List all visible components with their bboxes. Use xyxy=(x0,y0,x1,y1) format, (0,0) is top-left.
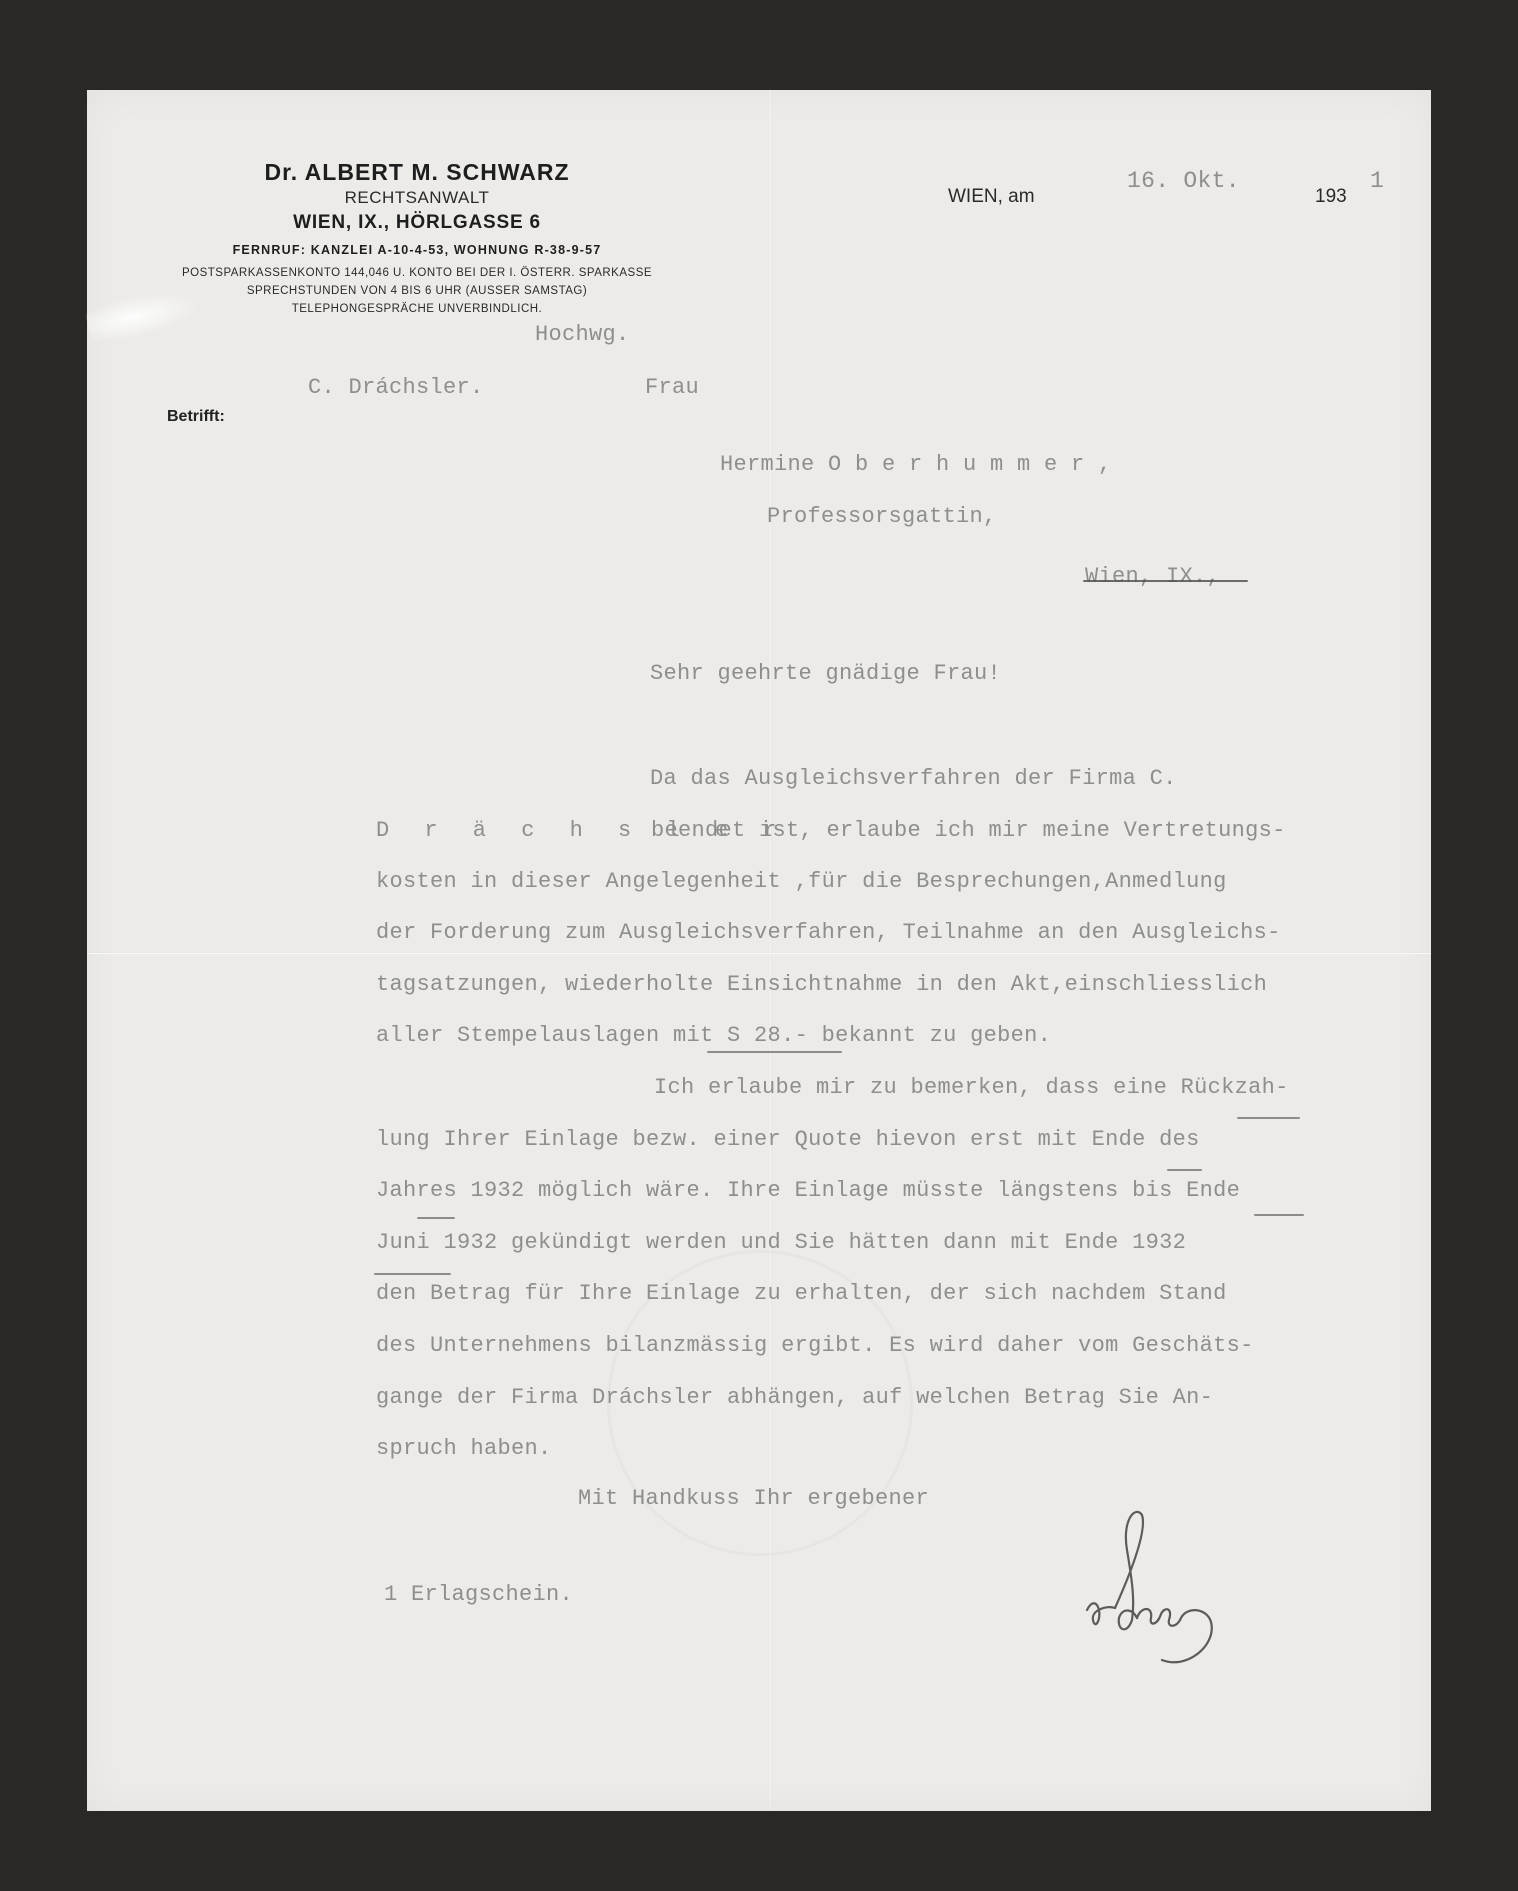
body-line-5: tagsatzungen, wiederholte Einsichtnahme … xyxy=(376,972,1267,997)
underline-ende-1 xyxy=(1167,1169,1202,1171)
dateline-date: 16. Okt. xyxy=(1127,168,1240,194)
underline-ende-2 xyxy=(1254,1214,1304,1216)
body-line-1: Da das Ausgleichsverfahren der Firma C. xyxy=(650,766,1177,791)
dateline-year-prefix: 193 xyxy=(1315,186,1347,208)
recipient-name: Hermine O b e r h u m m e r , xyxy=(720,452,1112,477)
underline-juni-1932 xyxy=(374,1273,451,1275)
recipient-honorific: Hochwg. xyxy=(535,322,630,347)
recipient-role: Professorsgattin, xyxy=(767,504,997,529)
letter-page: Dr. ALBERT M. SCHWARZ RECHTSANWALT WIEN,… xyxy=(87,90,1431,1811)
body-line-13: gange der Firma Dráchsler abhängen, auf … xyxy=(376,1385,1213,1410)
letterhead-address: WIEN, IX., HÖRLGASSE 6 xyxy=(293,212,541,234)
recipient-salutation-title: Frau xyxy=(645,375,699,400)
recipient-city: Wien, IX., xyxy=(1085,564,1220,589)
body-line-3: kosten in dieser Angelegenheit ,für die … xyxy=(376,869,1227,894)
body-line-4: der Forderung zum Ausgleichsverfahren, T… xyxy=(376,920,1281,945)
body-line-11: den Betrag für Ihre Einlage zu erhalten,… xyxy=(376,1281,1227,1306)
letterhead-office-hours: SPRECHSTUNDEN VON 4 BIS 6 UHR (AUSSER SA… xyxy=(247,285,587,297)
letterhead-postal-account: POSTSPARKASSENKONTO 144,046 U. KONTO BEI… xyxy=(182,267,652,279)
body-line-10: Juni 1932 gekündigt werden und Sie hätte… xyxy=(376,1230,1186,1255)
letterhead-phone: FERNRUF: KANZLEI A-10-4-53, WOHNUNG R-38… xyxy=(233,243,602,257)
underline-amount xyxy=(707,1051,842,1053)
dateline-place: WIEN, am xyxy=(948,186,1035,208)
letterhead-telephone-note: TELEPHONGESPRÄCHE UNVERBINDLICH. xyxy=(292,303,543,315)
closing: Mit Handkuss Ihr ergebener xyxy=(578,1486,929,1511)
enclosure-note: 1 Erlagschein. xyxy=(384,1582,573,1607)
subject-value: C. Dráchsler. xyxy=(308,375,484,400)
body-line-14: spruch haben. xyxy=(376,1436,552,1461)
body-line-6: aller Stempelauslagen mit S 28.- bekannt… xyxy=(376,1023,1051,1048)
subject-label: Betrifft: xyxy=(167,408,225,426)
underline-rueckzahlung xyxy=(1237,1117,1300,1119)
underline-1932 xyxy=(417,1217,455,1219)
recipient-city-underline xyxy=(1083,580,1248,582)
letterhead-name: Dr. ALBERT M. SCHWARZ xyxy=(264,159,569,186)
body-line-12: des Unternehmens bilanzmässig ergibt. Es… xyxy=(376,1333,1254,1358)
horizontal-fold-line xyxy=(87,952,1431,955)
corner-crease xyxy=(84,283,205,346)
body-line-2b: beendet ist, erlaube ich mir meine Vertr… xyxy=(651,818,1286,843)
dateline-year-suffix: 1 xyxy=(1370,168,1384,194)
body-line-8: lung Ihrer Einlage bezw. einer Quote hie… xyxy=(376,1127,1200,1152)
body-line-7: Ich erlaube mir zu bemerken, dass eine R… xyxy=(654,1075,1289,1100)
handwritten-signature xyxy=(1077,1510,1237,1710)
body-line-9: Jahres 1932 möglich wäre. Ihre Einlage m… xyxy=(376,1178,1240,1203)
greeting: Sehr geehrte gnädige Frau! xyxy=(650,661,1001,686)
letterhead-title: RECHTSANWALT xyxy=(345,188,490,208)
